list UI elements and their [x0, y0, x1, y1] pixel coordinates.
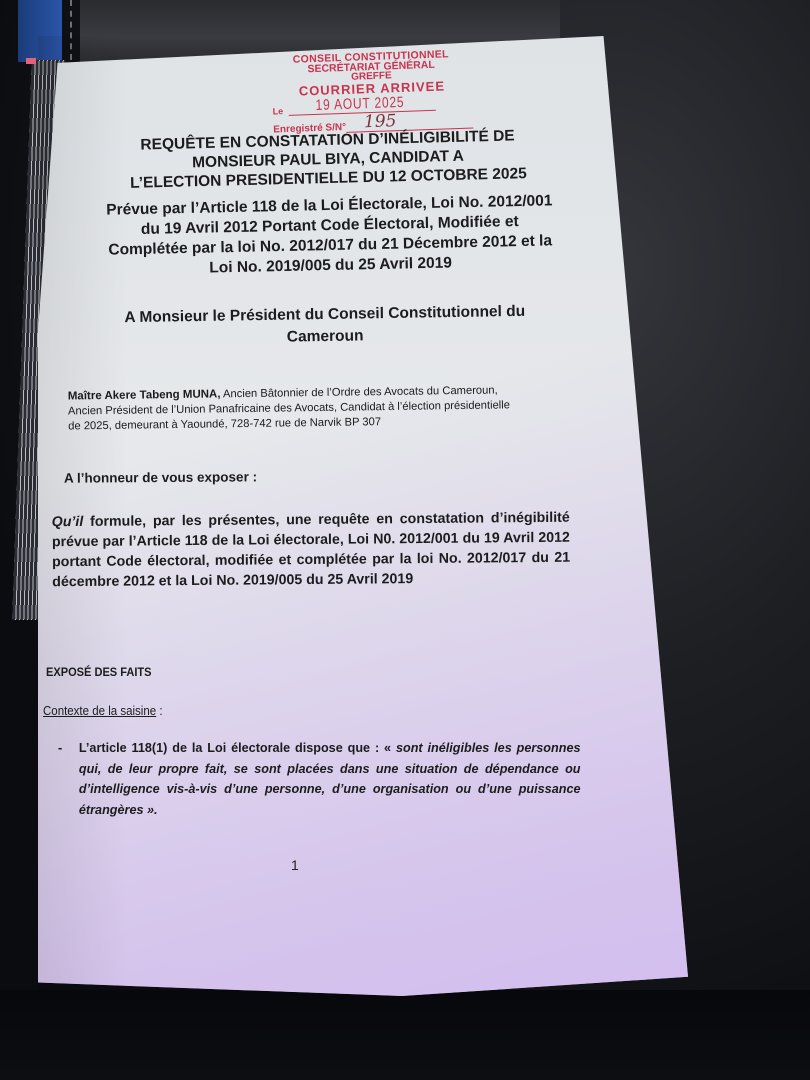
subheading-colon: :	[156, 704, 162, 718]
document-content: CONSEIL CONSTITUTIONNEL SECRÉTARIAT GÉNÉ…	[0, 0, 810, 1080]
petitioner-name: Maître Akere Tabeng MUNA,	[68, 388, 221, 402]
petitioner-details: Maître Akere Tabeng MUNA, Ancien Bâtonni…	[68, 383, 569, 435]
subheading-text: Contexte de la saisine	[43, 704, 156, 718]
document-subtitle: Prévue par l’Article 118 de la Loi Élect…	[79, 191, 581, 281]
reception-stamp: CONSEIL CONSTITUTIONNEL SECRÉTARIAT GÉNÉ…	[271, 49, 474, 136]
bullet-dash: -	[58, 738, 62, 759]
bullet-lead: L’article 118(1) de la Loi électorale di…	[79, 740, 396, 755]
page-number: 1	[291, 857, 299, 873]
section-heading: EXPOSÉ DES FAITS	[46, 665, 152, 679]
section-subheading: Contexte de la saisine :	[43, 704, 163, 718]
addressee: A Monsieur le Président du Conseil Const…	[90, 300, 561, 351]
request-first-word: Qu’il	[52, 514, 84, 530]
petitioner-title: Ancien Bâtonnier de l’Ordre des Avocats …	[220, 384, 497, 400]
document-title: REQUÊTE EN CONSTATATION D’INÉLIGIBILITÉ …	[87, 125, 568, 194]
request-paragraph: Qu’il formule, par les présentes, une re…	[52, 508, 571, 593]
honneur-heading: A l’honneur de vous exposer :	[64, 469, 257, 485]
stamp-date-label: Le	[272, 106, 288, 117]
bullet-item: - L’article 118(1) de la Loi électorale …	[58, 738, 581, 820]
request-text: formule, par les présentes, une requête …	[52, 510, 570, 591]
